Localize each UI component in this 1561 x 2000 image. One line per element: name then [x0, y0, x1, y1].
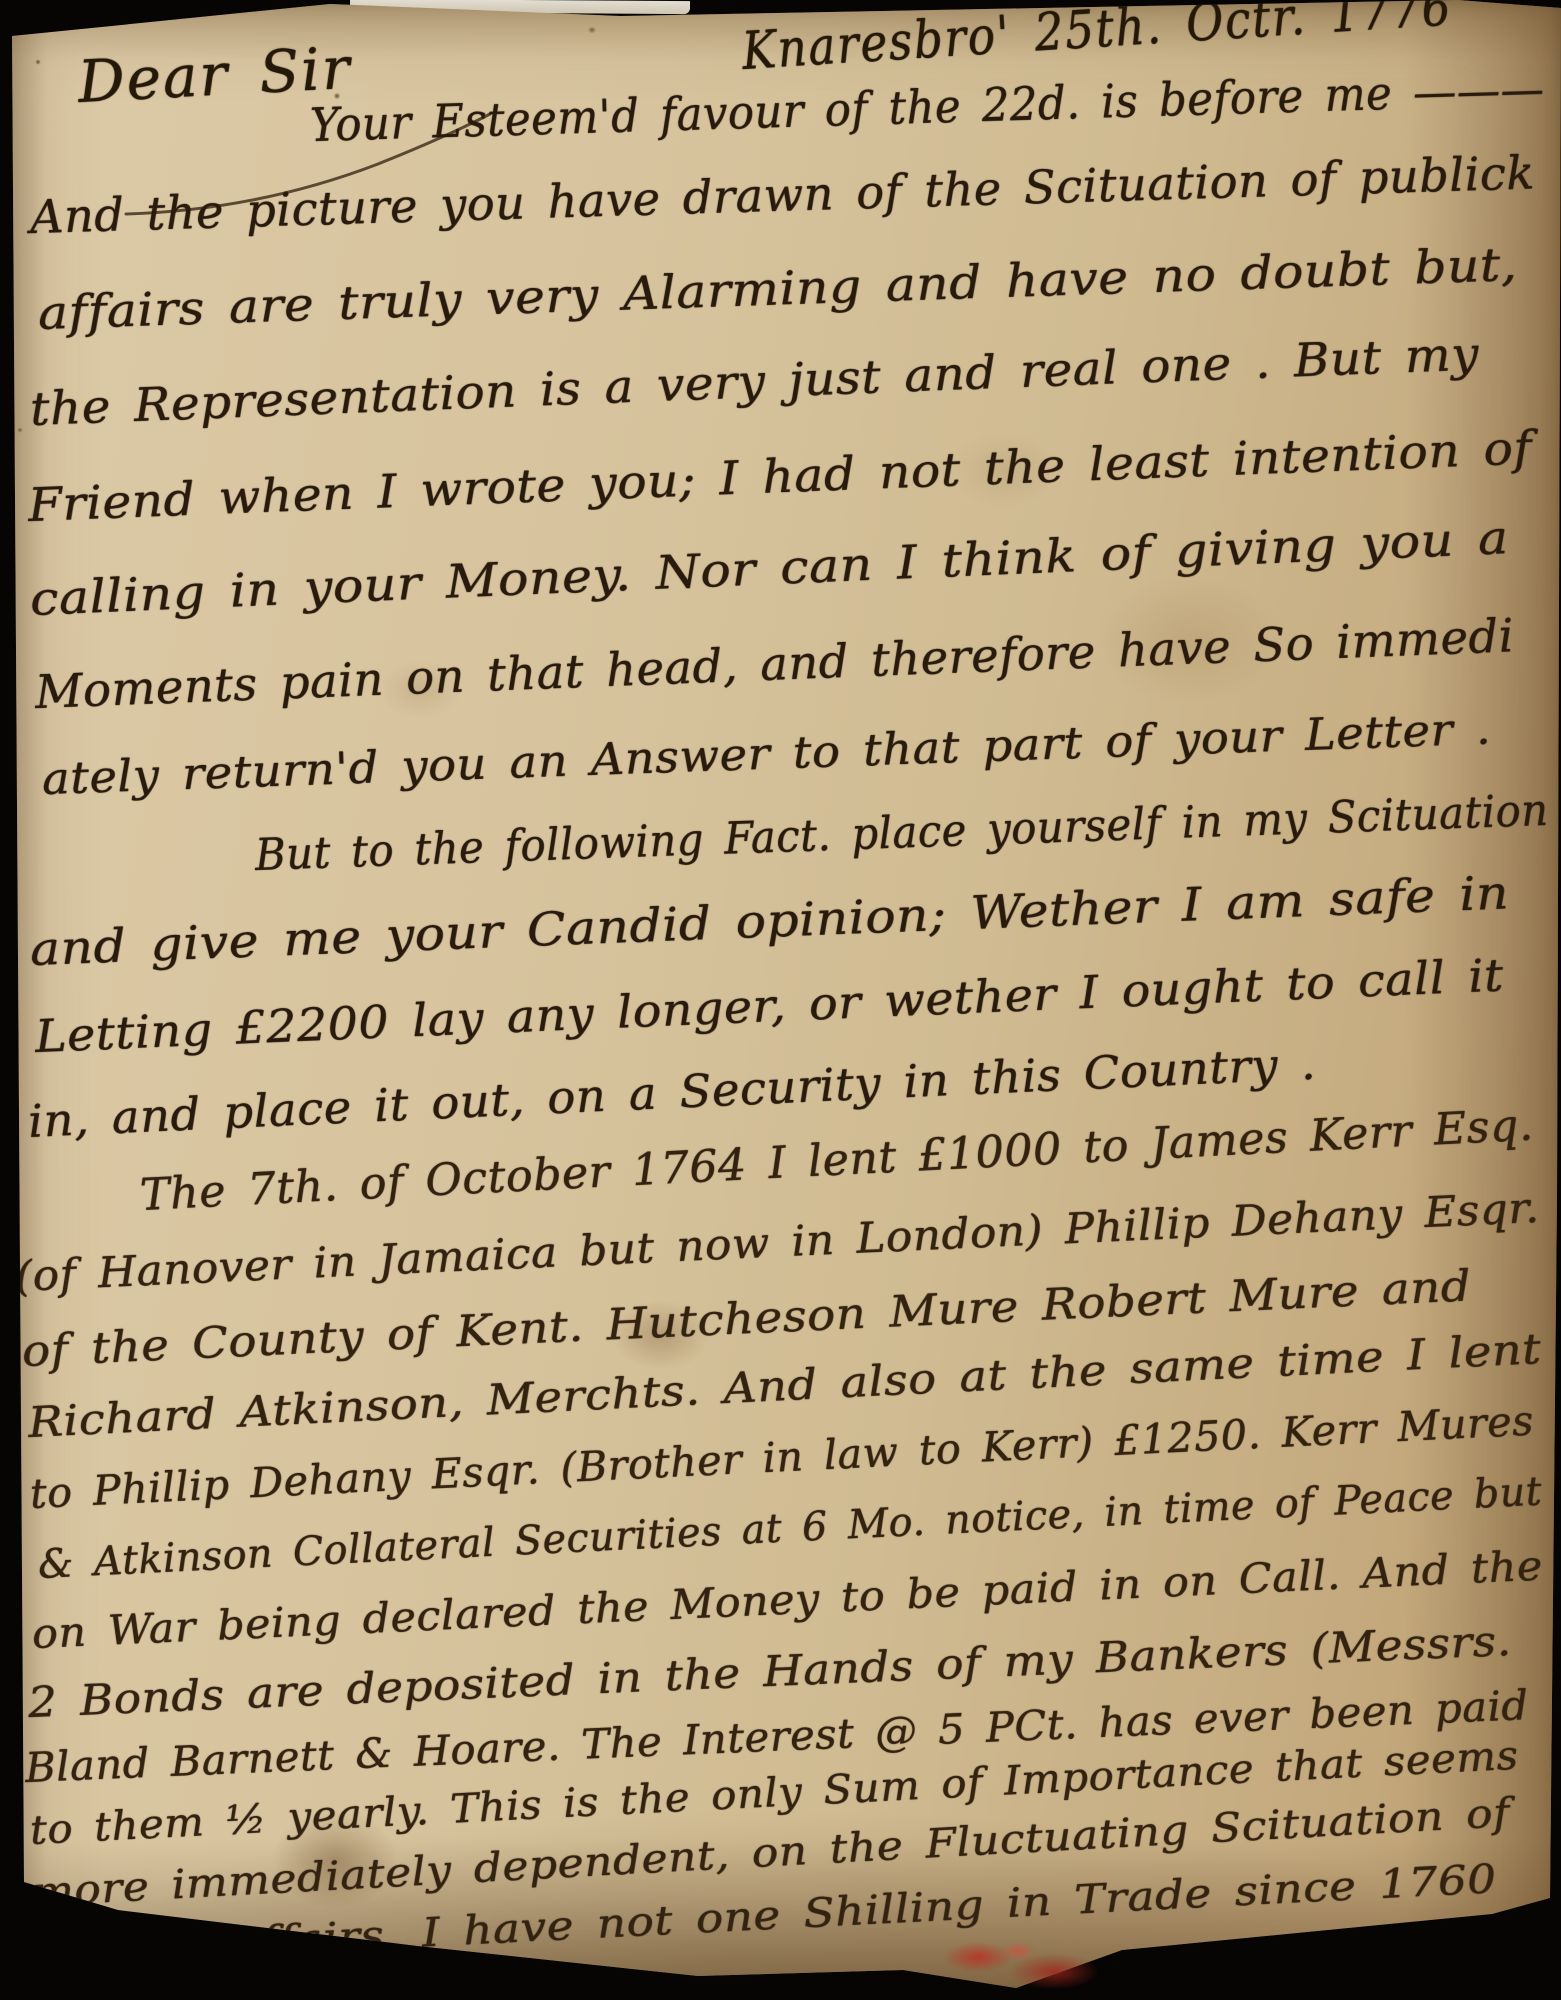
- scan-background: Knaresbro' 25th. Octr. 1776 Dear Sir You…: [0, 0, 1561, 2000]
- letter-line-5: Friend when I wrote you; I had not the l…: [27, 420, 1533, 532]
- letter-line-8: ately return'd you an Answer to that par…: [41, 703, 1492, 805]
- letter-line-6: calling in your Money. Nor can I think o…: [29, 510, 1510, 626]
- letter-line-3: affairs are truly very Alarming and have…: [37, 237, 1518, 340]
- letter-line-7: Moments pain on that head, and therefore…: [34, 608, 1515, 719]
- letter-line-1: Your Esteem'd favour of the 22d. is befo…: [309, 61, 1545, 152]
- letter-line-4: the Representation is a very just and re…: [29, 326, 1480, 436]
- letter-line-2: And the picture you have drawn of the Sc…: [29, 145, 1535, 244]
- letter-paper: Knaresbro' 25th. Octr. 1776 Dear Sir You…: [0, 0, 1561, 2000]
- letter-line-9: But to the following Fact. place yoursel…: [254, 785, 1549, 881]
- wax-seal-residue: [918, 1934, 1118, 1992]
